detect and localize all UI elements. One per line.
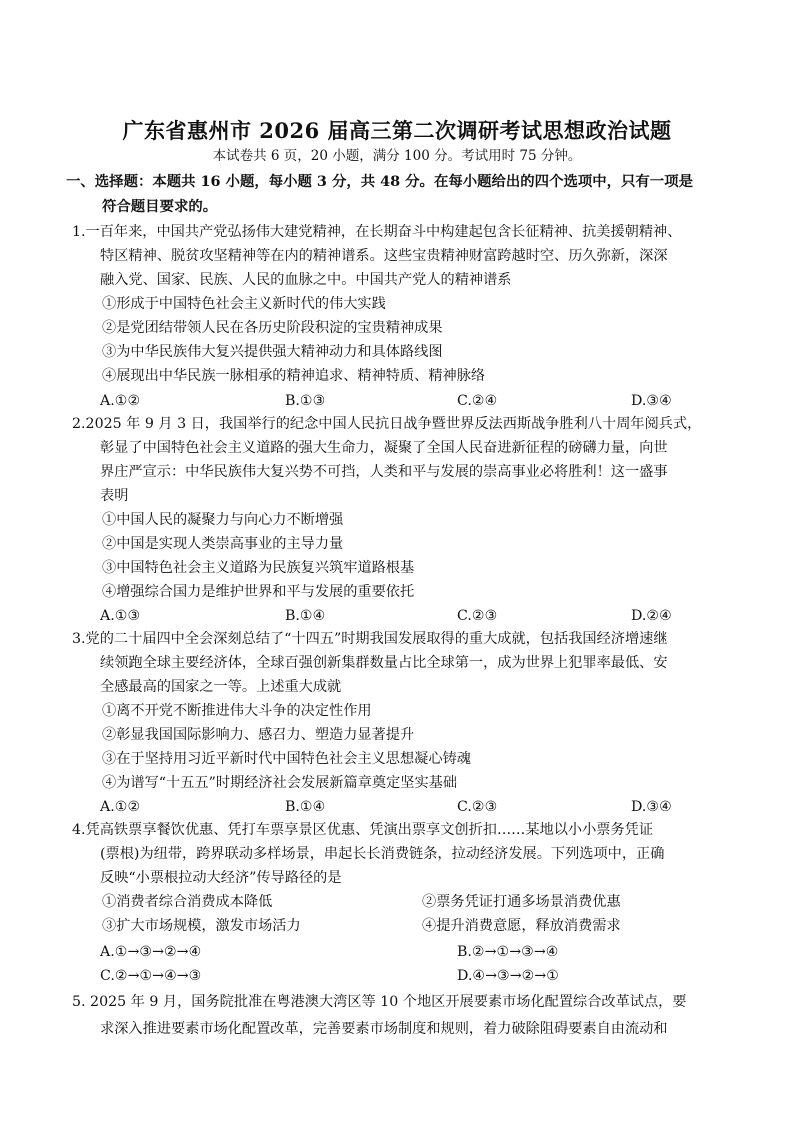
statement-4: ④展现出中华民族一脉相承的精神追求、精神特质、精神脉络 xyxy=(102,366,485,386)
question-stem: 续领跑全球主要经济体，全球百强创新集群数量占比全球第一，成为世界上犯罪率最低、安 xyxy=(100,653,668,673)
choice-d[interactable]: D.③④ xyxy=(631,797,672,817)
choice-b[interactable]: B.②→①→③→④ xyxy=(457,942,558,962)
choice-a[interactable]: A.①② xyxy=(100,797,140,817)
choice-c[interactable]: C.②③ xyxy=(457,606,497,626)
choice-a[interactable]: A.①③ xyxy=(100,606,140,626)
choice-c[interactable]: C.②→①→④→③ xyxy=(100,966,201,986)
section-header-line1: 一、选择题：本题共 16 小题，每小题 3 分，共 48 分。在每小题给出的四个… xyxy=(66,172,693,192)
statement-1: ①离不开党不断推进伟大斗争的决定性作用 xyxy=(102,701,372,721)
exam-subtitle: 本试卷共 6 页，20 小题，满分 100 分。考试用时 75 分钟。 xyxy=(0,146,794,166)
choice-c[interactable]: C.②③ xyxy=(457,797,497,817)
choice-d[interactable]: D.③④ xyxy=(631,391,672,411)
statement-1: ①形成于中国特色社会主义新时代的伟大实践 xyxy=(102,294,386,314)
question-stem: 3.党的二十届四中全会深刻总结了“十四五”时期我国发展取得的重大成就，包括我国经… xyxy=(72,629,668,649)
exam-page: 广东省惠州市 2026 届高三第二次调研考试思想政治试题 本试卷共 6 页，20… xyxy=(0,0,794,1122)
statement-2: ②彰显我国国际影响力、感召力、塑造力显著提升 xyxy=(102,725,414,745)
statement-2: ②票务凭证打通多场景消费优惠 xyxy=(422,892,621,912)
choice-a[interactable]: A.①② xyxy=(100,391,140,411)
question-stem: 全感最高的国家之一等。上述重大成就 xyxy=(100,677,341,697)
question-stem: 5. 2025 年 9 月，国务院批准在粤港澳大湾区等 10 个地区开展要素市场… xyxy=(72,992,687,1012)
question-stem: 表明 xyxy=(100,486,128,506)
choice-c[interactable]: C.②④ xyxy=(457,391,497,411)
question-stem: 特区精神、脱贫攻坚精神等在内的精神谱系。这些宝贵精神财富跨越时空、历久弥新，深深 xyxy=(100,246,668,266)
statement-4: ④为谱写“十五五”时期经济社会发展新篇章奠定坚实基础 xyxy=(102,773,457,793)
choice-d[interactable]: D.④→③→②→① xyxy=(457,966,559,986)
section-header-line2: 符合题目要求的。 xyxy=(102,197,217,217)
choice-b[interactable]: B.①④ xyxy=(285,606,325,626)
choice-a[interactable]: A.①→③→②→④ xyxy=(100,942,201,962)
choice-b[interactable]: B.①④ xyxy=(285,797,325,817)
exam-title: 广东省惠州市 2026 届高三第二次调研考试思想政治试题 xyxy=(0,117,794,145)
question-stem: 界庄严宣示：中华民族伟大复兴势不可挡，人类和平与发展的崇高事业必将胜利！这一盛事 xyxy=(100,462,668,482)
question-stem: 1.一百年来，中国共产党弘扬伟大建党精神，在长期奋斗中构建起包含长征精神、抗美援… xyxy=(72,222,681,242)
statement-3: ③在于坚持用习近平新时代中国特色社会主义思想凝心铸魂 xyxy=(102,749,471,769)
choice-b[interactable]: B.①③ xyxy=(285,391,325,411)
choice-d[interactable]: D.②④ xyxy=(631,606,672,626)
statement-4: ④提升消费意愿，释放消费需求 xyxy=(422,916,621,936)
statement-3: ③扩大市场规模，激发市场活力 xyxy=(102,916,301,936)
question-stem: 彰显了中国特色社会主义道路的强大生命力，凝聚了全国人民奋进新征程的磅礴力量，向世 xyxy=(100,438,668,458)
question-stem: 2.2025 年 9 月 3 日，我国举行的纪念中国人民抗日战争暨世界反法西斯战… xyxy=(72,414,701,434)
statement-1: ①中国人民的凝聚力与向心力不断增强 xyxy=(102,510,343,530)
statement-4: ④增强综合国力是维护世界和平与发展的重要依托 xyxy=(102,582,414,602)
statement-1: ①消费者综合消费成本降低 xyxy=(102,892,272,912)
statement-3: ③为中华民族伟大复兴提供强大精神动力和具体路线图 xyxy=(102,342,443,362)
question-stem: 融入党、国家、民族、人民的血脉之中。中国共产党人的精神谱系 xyxy=(100,270,511,290)
question-stem: (票根)为纽带，跨界联动多样场景，串起长长消费链条，拉动经济发展。下列选项中，正… xyxy=(100,844,664,864)
statement-2: ②中国是实现人类崇高事业的主导力量 xyxy=(102,534,343,554)
question-stem: 求深入推进要素市场化配置改革，完善要素市场制度和规则，着力破除阻碍要素自由流动和 xyxy=(100,1019,668,1039)
statement-2: ②是党团结带领人民在各历史阶段积淀的宝贵精神成果 xyxy=(102,318,443,338)
statement-3: ③中国特色社会主义道路为民族复兴筑牢道路根基 xyxy=(102,558,414,578)
question-stem: 4.凭高铁票享餐饮优惠、凭打车票享景区优惠、凭演出票享文创折扣……某地以小小票务… xyxy=(72,820,653,840)
question-stem: 反映“小票根拉动大经济”传导路径的是 xyxy=(100,868,342,888)
